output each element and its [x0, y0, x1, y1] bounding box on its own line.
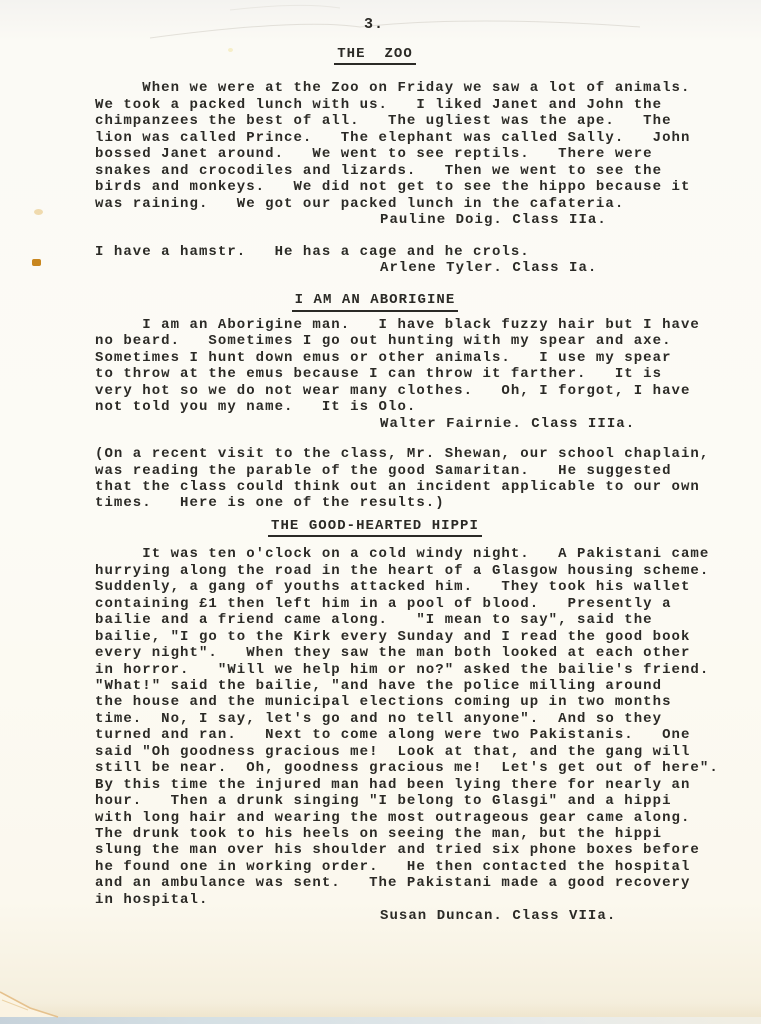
- paper-stain-speck: [32, 259, 41, 266]
- paper-stain-speck: [228, 48, 233, 52]
- article-body-the-zoo: When we were at the Zoo on Friday we saw…: [95, 80, 735, 212]
- paper-bottom-shading: [0, 1003, 761, 1017]
- article-heading-the-zoo: THE ZOO: [95, 46, 655, 65]
- article-title-aborigine: I AM AN ABORIGINE: [292, 292, 459, 311]
- attribution-walter-fairnie: Walter Fairnie. Class IIIa.: [95, 416, 735, 432]
- article-title-the-zoo: THE ZOO: [334, 46, 416, 65]
- editor-note: (On a recent visit to the class, Mr. She…: [95, 446, 735, 512]
- article-body-aborigine: I am an Aborigine man. I have black fuzz…: [95, 317, 735, 416]
- article-heading-aborigine: I AM AN ABORIGINE: [95, 292, 655, 311]
- article-body-good-hearted-hippi: It was ten o'clock on a cold windy night…: [95, 546, 735, 908]
- article-body-hamster: I have a hamstr. He has a cage and he cr…: [95, 244, 735, 260]
- attribution-arlene-tyler: Arlene Tyler. Class Ia.: [95, 260, 735, 276]
- folded-corner: [0, 990, 70, 1020]
- attribution-susan-duncan: Susan Duncan. Class VIIa.: [95, 908, 735, 924]
- scan-bottom-edge: [0, 1017, 761, 1024]
- attribution-pauline-doig: Pauline Doig. Class IIa.: [95, 212, 735, 228]
- page-number: 3.: [0, 16, 748, 33]
- article-heading-good-hearted-hippi: THE GOOD-HEARTED HIPPI: [95, 518, 655, 537]
- paper-stain-speck: [34, 209, 43, 215]
- page-content: THE ZOO When we were at the Zoo on Frida…: [95, 46, 735, 925]
- article-title-good-hearted-hippi: THE GOOD-HEARTED HIPPI: [268, 518, 482, 537]
- scanned-page: 3. THE ZOO When we were at the Zoo on Fr…: [0, 0, 761, 1024]
